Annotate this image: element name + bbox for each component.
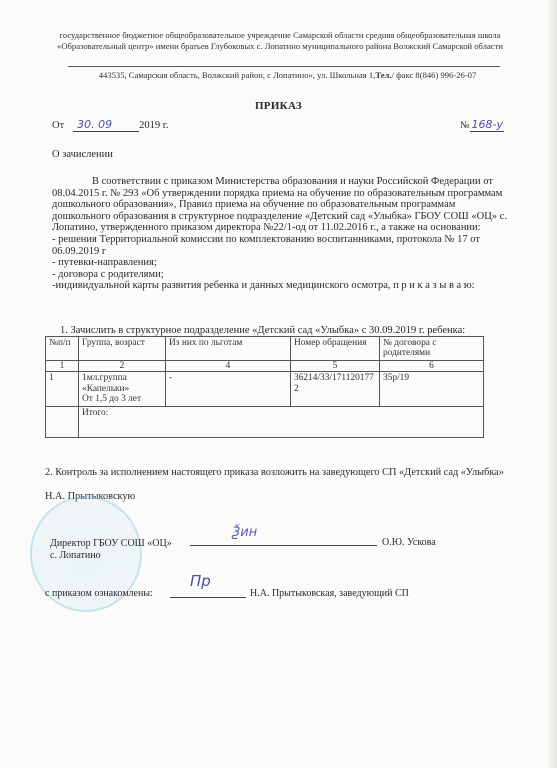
header-cell: №п/п bbox=[46, 337, 79, 361]
table-numbering-row: 1 2 4 5 6 bbox=[46, 361, 484, 372]
column-number: 6 bbox=[380, 361, 484, 372]
group-cell: 1мл.группа «Капельки» От 1,5 до 3 лет bbox=[79, 372, 166, 406]
group-age: От 1,5 до 3 лет bbox=[82, 394, 162, 404]
enrollment-table: №п/п Группа, возраст Из них по льготам Н… bbox=[45, 336, 484, 438]
document-title: ПРИКАЗ bbox=[0, 100, 557, 112]
header-cell: Номер обращения bbox=[291, 337, 380, 361]
director-position: Директор ГБОУ СОШ «ОЦ» bbox=[50, 538, 172, 550]
number-label: № bbox=[460, 120, 470, 131]
column-number: 5 bbox=[291, 361, 380, 372]
row-number: 1 bbox=[46, 372, 79, 406]
basis-item: - решения Территориальной комиссии по ко… bbox=[52, 234, 512, 257]
director-title: Директор ГБОУ СОШ «ОЦ» с. Лопатино bbox=[50, 538, 172, 561]
group-nickname: «Капельки» bbox=[82, 384, 162, 394]
date-handwritten: 30. 09 bbox=[73, 119, 139, 132]
header-cell: Из них по льготам bbox=[166, 337, 291, 361]
order-item-1: 1. Зачислить в структурное подразделение… bbox=[60, 325, 465, 336]
order-body: В соответствии с приказом Министерства о… bbox=[52, 176, 512, 292]
table-header-row: №п/п Группа, возраст Из них по льготам Н… bbox=[46, 337, 484, 361]
address-text: 443535, Самарская область, Волжский райо… bbox=[99, 70, 376, 80]
fax-text: / факс 8(846) 996-26-07 bbox=[392, 70, 477, 80]
header-cell: № договора с родителями bbox=[380, 337, 484, 361]
group-name: 1мл.группа bbox=[82, 373, 162, 383]
organization-name: государственное бюджетное общеобразовате… bbox=[40, 30, 520, 51]
acknowledgement-signature: Пр bbox=[190, 572, 211, 590]
acknowledgement-name: Н.А. Прытыковская, заведующий СП bbox=[250, 588, 409, 599]
director-name: О.Ю. Ускова bbox=[382, 537, 436, 548]
basis-item: - путевки-направления; bbox=[52, 257, 512, 269]
column-number: 2 bbox=[79, 361, 166, 372]
request-number-cell: 36214/33/1711201772 bbox=[291, 372, 380, 406]
number-handwritten: 168-у bbox=[470, 119, 504, 132]
acknowledgement-label: с приказом ознакомлены: bbox=[45, 588, 153, 599]
header-cell: Группа, возраст bbox=[79, 337, 166, 361]
contract-number-cell: 35р/19 bbox=[380, 372, 484, 406]
basis-item: - договора с родителями; bbox=[52, 269, 512, 281]
tel-label: Тел. bbox=[375, 70, 391, 80]
basis-item: -индивидуальной карты развития ребенка и… bbox=[52, 280, 512, 292]
scan-edge-shadow bbox=[549, 0, 557, 768]
total-label: Итого: bbox=[79, 406, 484, 437]
director-location: с. Лопатино bbox=[50, 550, 172, 562]
director-signature-line bbox=[190, 530, 377, 546]
column-number: 1 bbox=[46, 361, 79, 372]
order-number: №168-у bbox=[460, 119, 504, 132]
order-subject: О зачислении bbox=[52, 149, 113, 160]
total-empty-cell bbox=[46, 406, 79, 437]
director-signature: Ѯин bbox=[232, 525, 257, 540]
document-page: государственное бюджетное общеобразовате… bbox=[0, 0, 557, 768]
table-row: 1 1мл.группа «Капельки» От 1,5 до 3 лет … bbox=[46, 372, 484, 406]
organization-address: 443535, Самарская область, Волжский райо… bbox=[60, 70, 515, 80]
column-number: 4 bbox=[166, 361, 291, 372]
table-total-row: Итого: bbox=[46, 406, 484, 437]
date-suffix: 2019 г. bbox=[139, 120, 168, 131]
benefits-cell: - bbox=[166, 372, 291, 406]
order-item-2: 2. Контроль за исполнением настоящего пр… bbox=[45, 461, 515, 509]
header-divider bbox=[68, 66, 500, 67]
preamble-paragraph: В соответствии с приказом Министерства о… bbox=[52, 176, 512, 234]
order-date: От30. 092019 г. bbox=[52, 119, 169, 132]
date-prefix: От bbox=[52, 120, 64, 131]
